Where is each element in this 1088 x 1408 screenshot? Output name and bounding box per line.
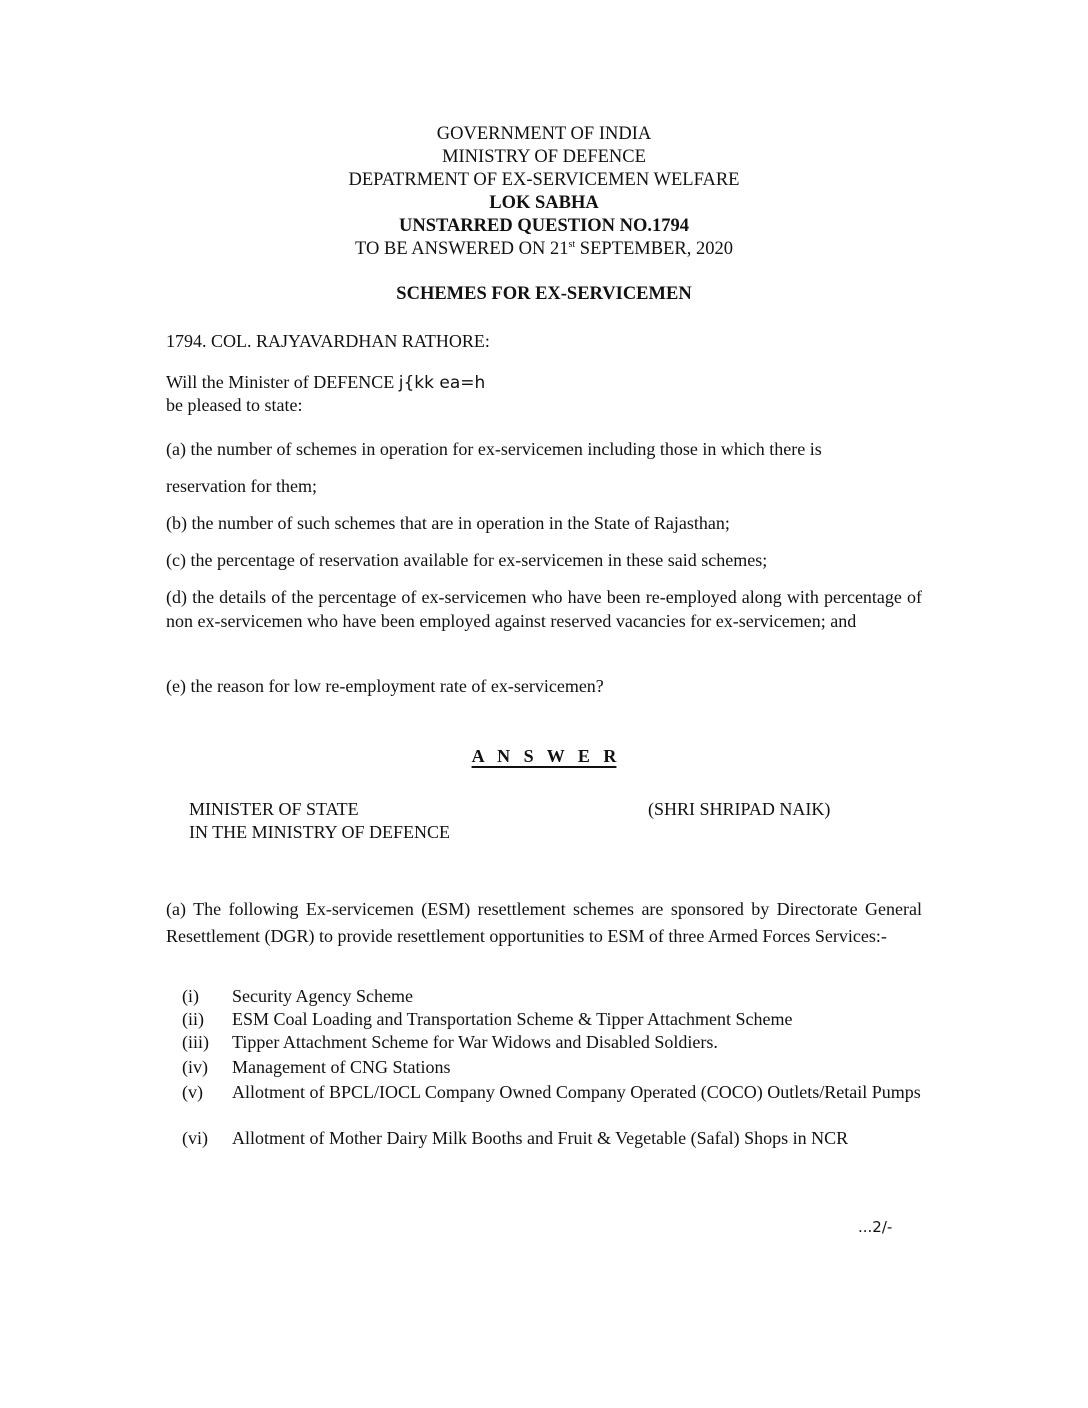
question-part-c: (c) the percentage of reservation availa… (166, 548, 922, 572)
scheme-list-item: (v) Allotment of BPCL/IOCL Company Owned… (182, 1081, 922, 1104)
header-house: LOK SABHA (0, 192, 1088, 214)
scheme-number: (i) (182, 985, 232, 1008)
answer-part-a-intro: (a) The following Ex-servicemen (ESM) re… (166, 896, 922, 949)
answer-heading-text: A N S W E R (472, 746, 617, 766)
subject-title: SCHEMES FOR EX-SERVICEMEN (0, 283, 1088, 305)
question-part-a-line2: reservation for them; (166, 474, 922, 498)
answer-heading: A N S W E R (0, 746, 1088, 767)
header-department: DEPATRMENT OF EX-SERVICEMEN WELFARE (0, 169, 1088, 191)
scheme-number: (iv) (182, 1056, 232, 1079)
question-asker: 1794. COL. RAJYAVARDHAN RATHORE: (166, 329, 922, 353)
scheme-list-item: (iii) Tipper Attachment Scheme for War W… (182, 1031, 922, 1054)
header-government: GOVERNMENT OF INDIA (0, 123, 1088, 145)
scheme-text: Allotment of Mother Dairy Milk Booths an… (232, 1127, 922, 1150)
question-part-e: (e) the reason for low re-employment rat… (166, 674, 922, 698)
answer-date-month-year: SEPTEMBER, 2020 (575, 239, 733, 259)
scheme-number: (v) (182, 1081, 232, 1104)
question-intro-line1: Will the Minister of DEFENCE (166, 372, 394, 392)
scheme-list-item: (iv) Management of CNG Stations (182, 1056, 922, 1079)
question-intro: Will the Minister of DEFENCE j{kk ea=h b… (166, 371, 922, 416)
scheme-list-item: (i) Security Agency Scheme (182, 985, 922, 1008)
page-continuation-marker: ...2/- (858, 1218, 892, 1236)
question-part-d: (d) the details of the percentage of ex-… (166, 585, 922, 633)
question-intro-line2: be pleased to state: (166, 395, 302, 415)
question-part-b: (b) the number of such schemes that are … (166, 511, 922, 535)
scheme-list-item: (ii) ESM Coal Loading and Transportation… (182, 1008, 922, 1031)
scheme-text: ESM Coal Loading and Transportation Sche… (232, 1008, 922, 1031)
scheme-number: (iii) (182, 1031, 232, 1054)
scheme-number: (ii) (182, 1008, 232, 1031)
scheme-number: (vi) (182, 1127, 232, 1150)
scheme-list-item: (vi) Allotment of Mother Dairy Milk Boot… (182, 1127, 922, 1150)
header-question-number: UNSTARRED QUESTION NO.1794 (0, 215, 1088, 237)
question-part-a-line1: (a) the number of schemes in operation f… (166, 437, 922, 461)
minister-name: (SHRI SHRIPAD NAIK) (648, 798, 830, 821)
answer-date-prefix: TO BE ANSWERED ON 21 (355, 239, 568, 259)
minister-designation: MINISTER OF STATE IN THE MINISTRY OF DEF… (189, 798, 450, 844)
scheme-text: Security Agency Scheme (232, 985, 922, 1008)
minister-designation-line1: MINISTER OF STATE (189, 798, 450, 821)
question-intro-hindi: j{kk ea=h (399, 373, 486, 393)
scheme-text: Management of CNG Stations (232, 1056, 922, 1079)
header-answer-date: TO BE ANSWERED ON 21st SEPTEMBER, 2020 (0, 238, 1088, 260)
scheme-text: Allotment of BPCL/IOCL Company Owned Com… (232, 1081, 922, 1104)
minister-designation-line2: IN THE MINISTRY OF DEFENCE (189, 821, 450, 844)
header-ministry: MINISTRY OF DEFENCE (0, 146, 1088, 168)
scheme-text: Tipper Attachment Scheme for War Widows … (232, 1031, 922, 1054)
